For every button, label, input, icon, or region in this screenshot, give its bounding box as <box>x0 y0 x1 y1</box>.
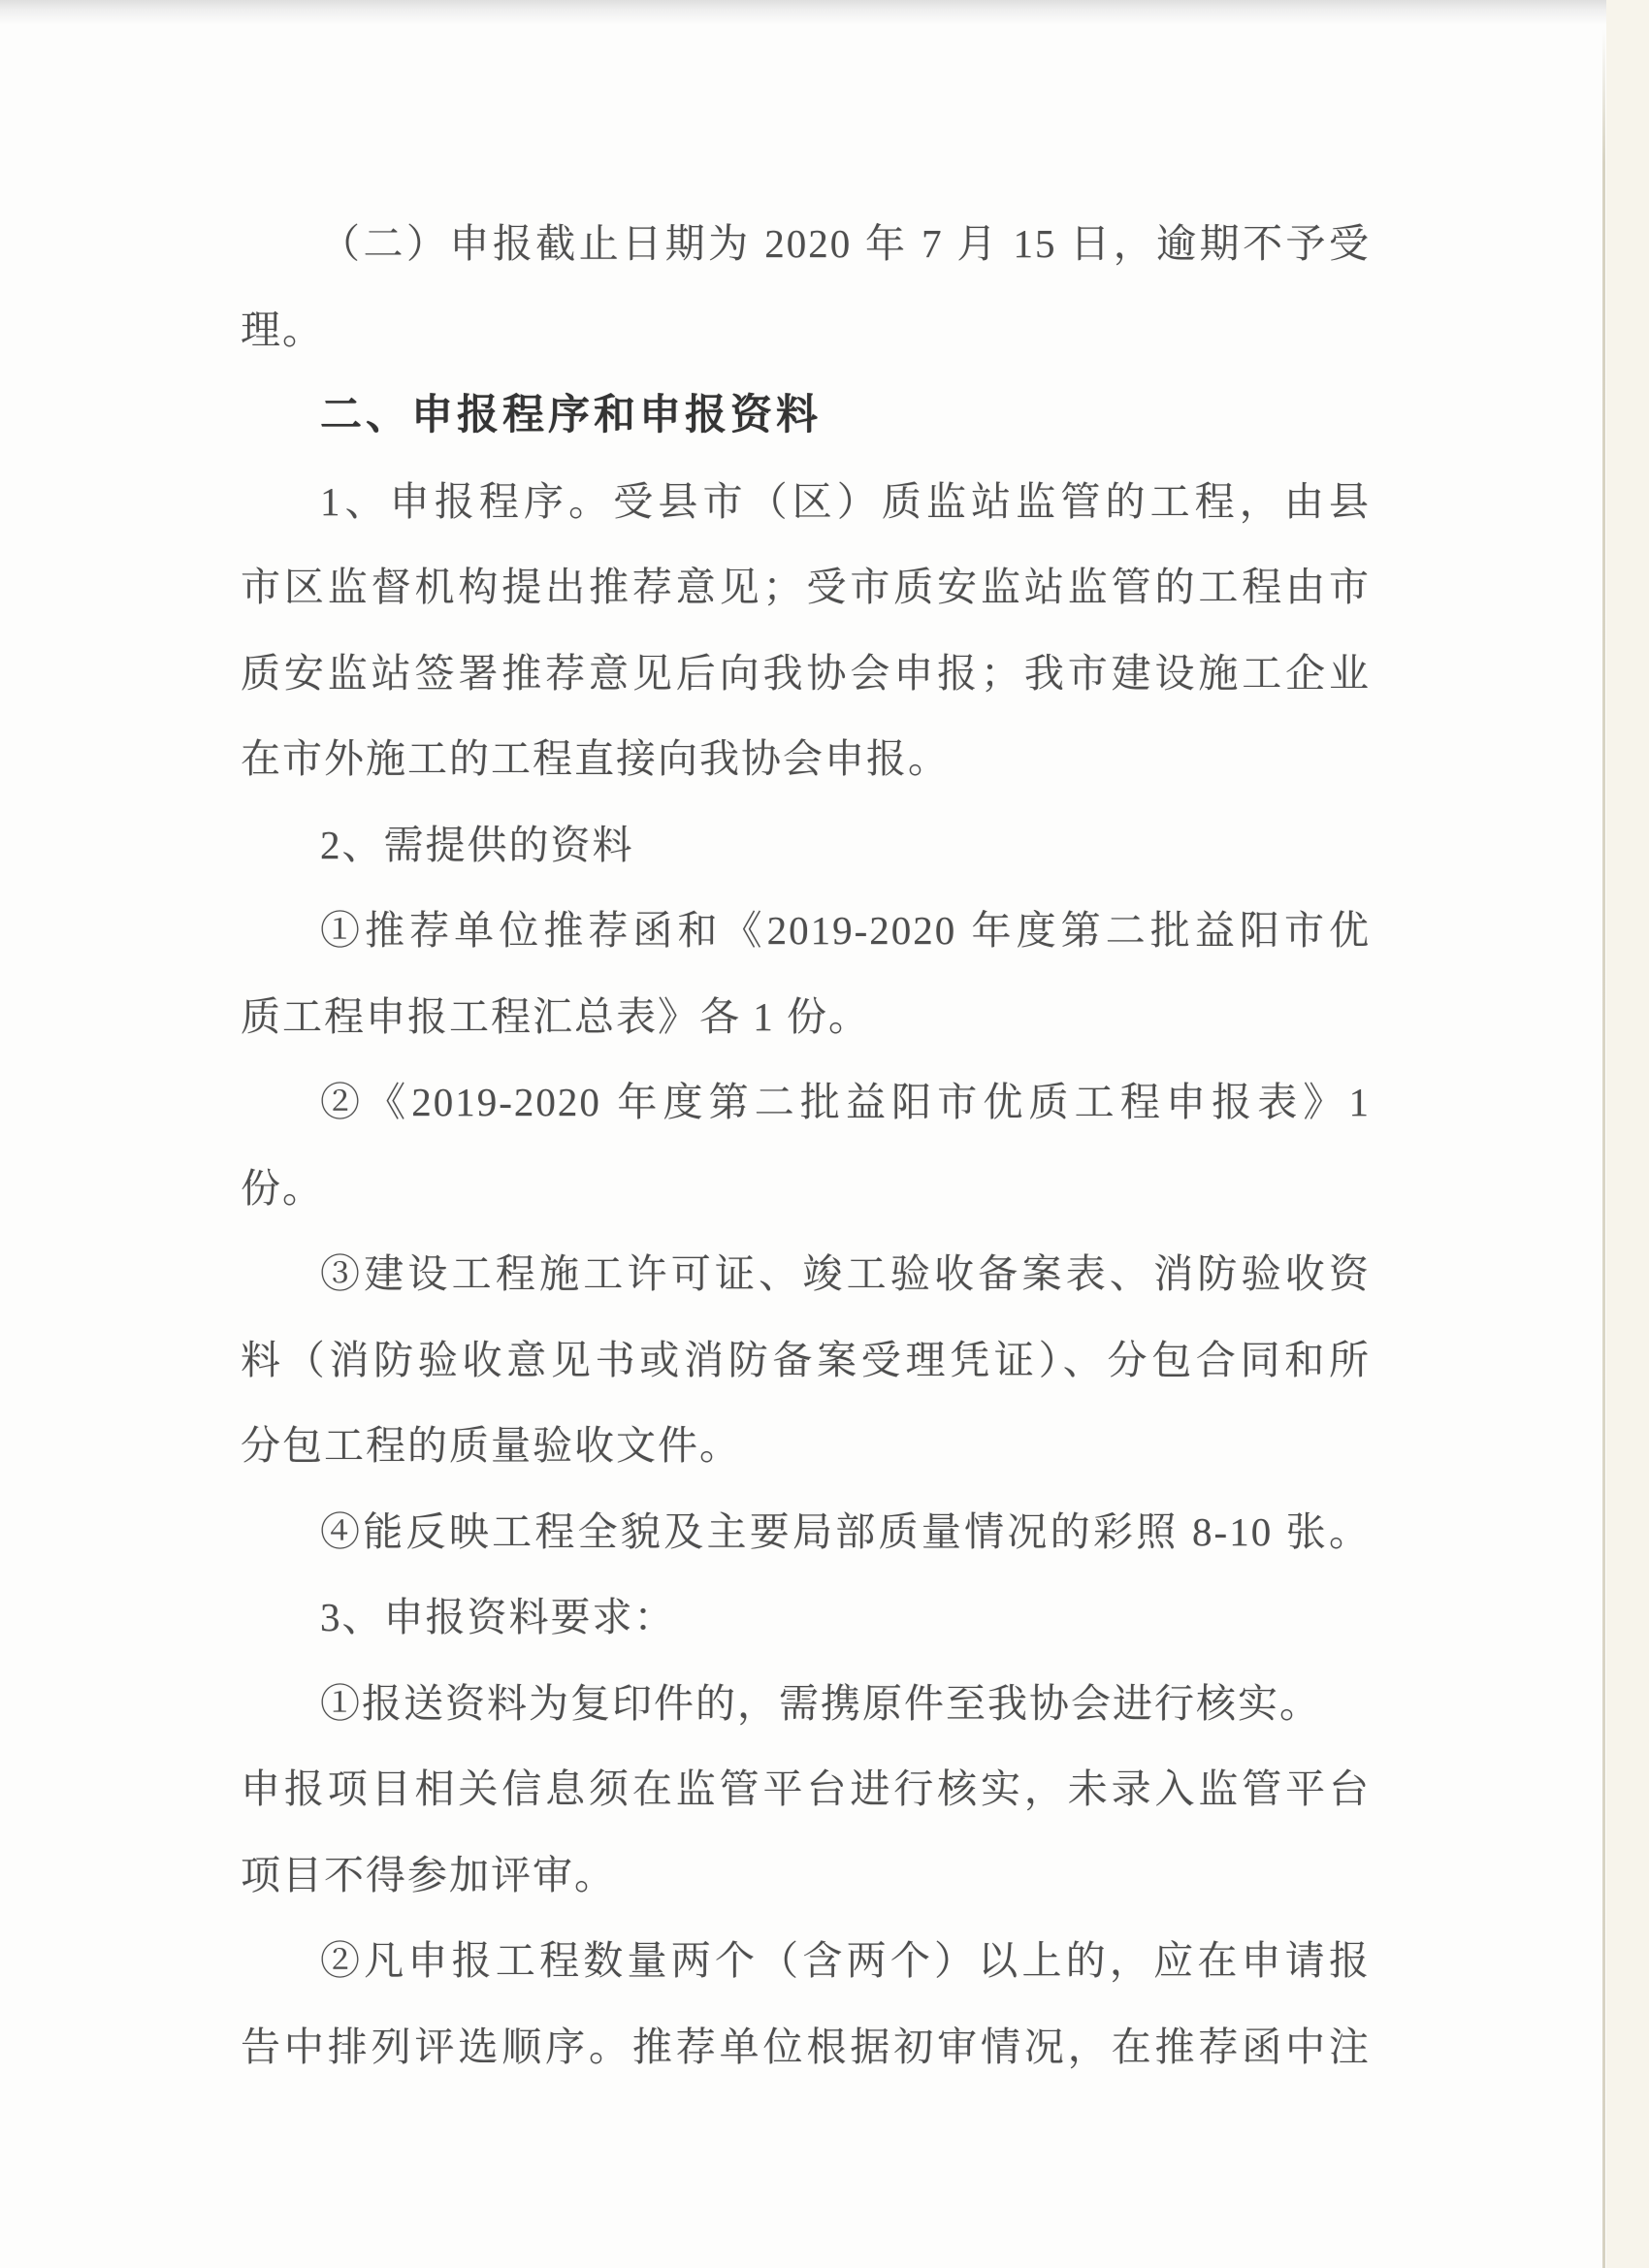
paper-edge-line <box>1602 29 1605 2268</box>
body-line: ②凡申报工程数量两个（含两个）以上的，应在申请报 <box>320 1935 1371 1986</box>
body-line: （二）申报截止日期为 2020 年 7 月 15 日，逾期不予受 <box>320 218 1371 269</box>
body-line: 质安监站签署推荐意见后向我协会申报；我市建设施工企业 <box>241 648 1371 698</box>
body-line: ②《2019-2020 年度第二批益阳市优质工程申报表》1 <box>320 1077 1371 1127</box>
body-line: 市区监督机构提出推荐意见；受市质安监站监管的工程由市 <box>241 562 1371 612</box>
body-line: 料（消防验收意见书或消防备案受理凭证）、分包合同和所 <box>241 1335 1371 1385</box>
scanner-background <box>1606 0 1649 2268</box>
section-heading: 二、申报程序和申报资料 <box>320 390 822 440</box>
body-line: 项目不得参加评审。 <box>241 1850 616 1900</box>
body-line: 质工程申报工程汇总表》各 1 份。 <box>241 991 870 1042</box>
body-line: 在市外施工的工程直接向我协会申报。 <box>241 733 950 784</box>
body-line: 理。 <box>241 305 324 355</box>
body-line: ①报送资料为复印件的，需携原件至我协会进行核实。 <box>320 1678 1321 1729</box>
body-line: ①推荐单位推荐函和《2019-2020 年度第二批益阳市优 <box>320 905 1371 956</box>
document-page: （二）申报截止日期为 2020 年 7 月 15 日，逾期不予受 理。 二、申报… <box>0 0 1649 2268</box>
body-line: 3、申报资料要求： <box>320 1592 676 1642</box>
scan-top-shadow <box>0 0 1649 25</box>
body-line: 分包工程的质量验收文件。 <box>241 1420 741 1471</box>
body-line: ④能反映工程全貌及主要局部质量情况的彩照 8-10 张。 <box>320 1507 1371 1557</box>
body-line: ③建设工程施工许可证、竣工验收备案表、消防验收资 <box>320 1248 1371 1299</box>
body-line: 2、需提供的资料 <box>320 820 634 870</box>
body-line: 份。 <box>241 1163 324 1214</box>
body-line: 告中排列评选顺序。推荐单位根据初审情况，在推荐函中注 <box>241 2022 1371 2072</box>
body-line: 1、申报程序。受县市（区）质监站监管的工程，由县 <box>320 476 1371 527</box>
body-line: 申报项目相关信息须在监管平台进行核实，未录入监管平台 <box>241 1764 1371 1814</box>
